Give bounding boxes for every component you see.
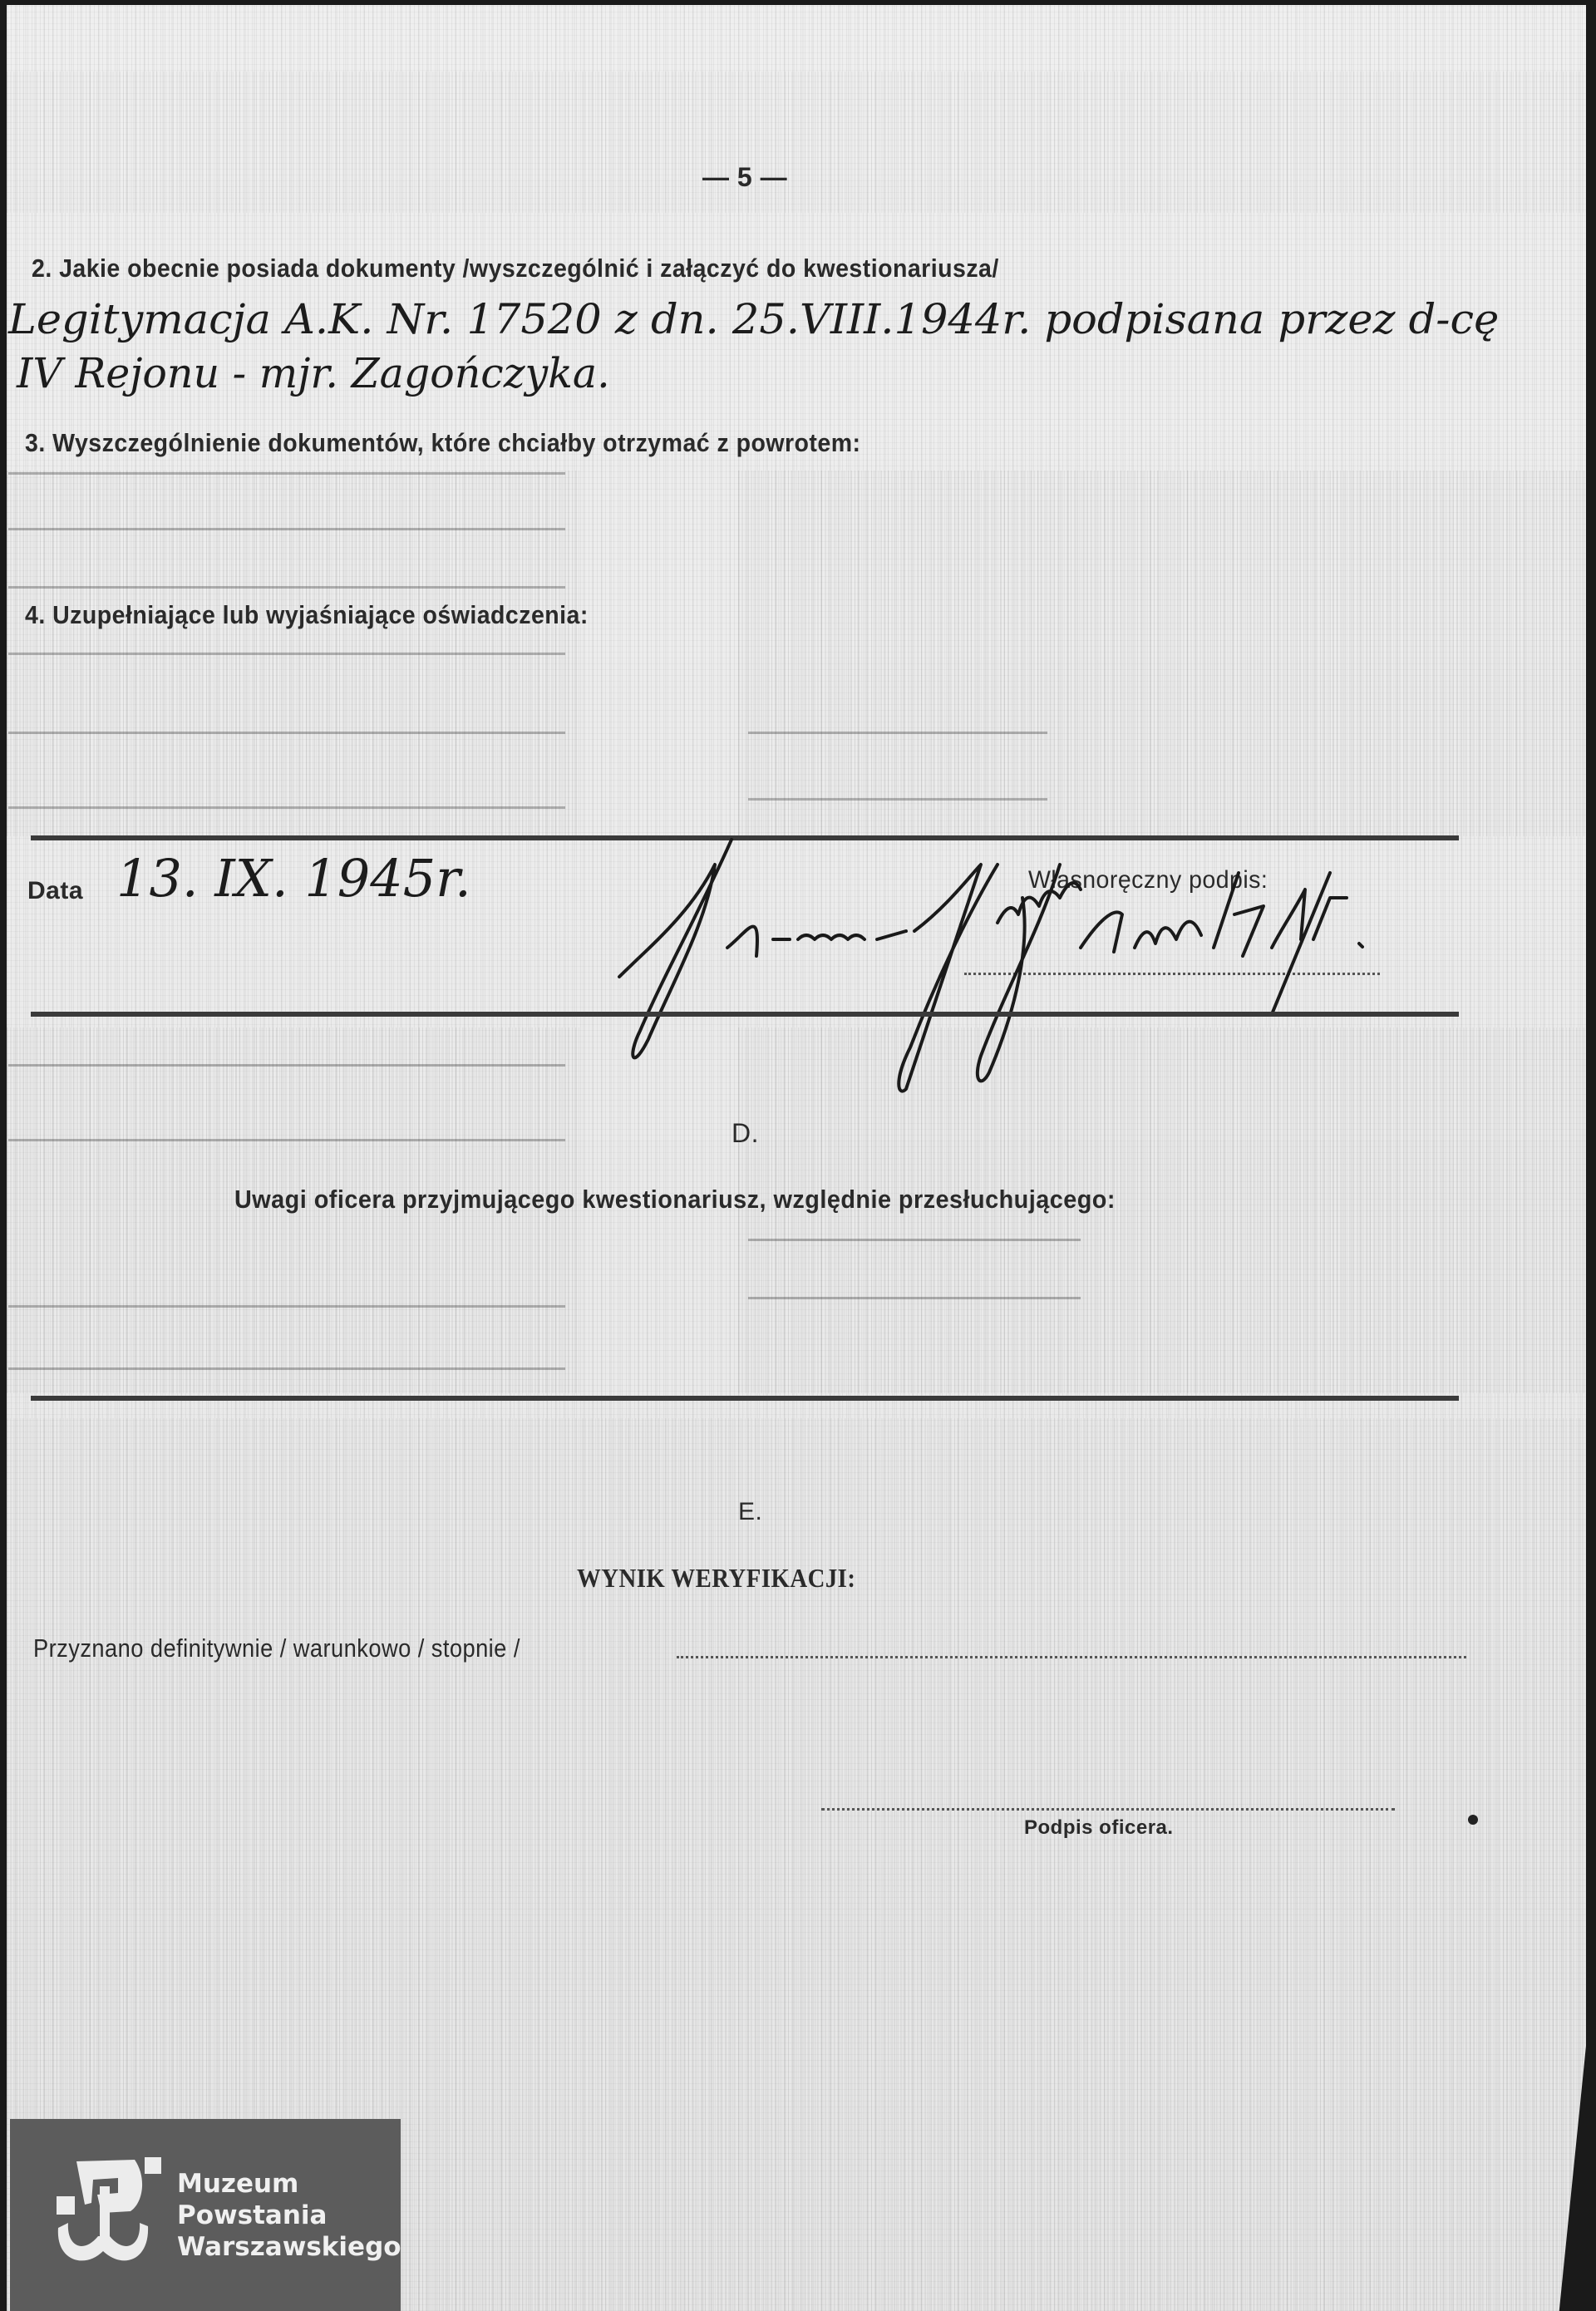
blank-answer-line xyxy=(748,798,1047,801)
question-4-label: 4. Uzupełniające lub wyjaśniające oświad… xyxy=(25,600,589,630)
verification-result-title: WYNIK WERYFIKACJI: xyxy=(577,1563,855,1594)
question-2-answer-line-1: Legitymacja A.K. Nr. 17520 z dn. 25.VIII… xyxy=(8,295,1499,343)
rank-granted-line xyxy=(677,1656,1466,1658)
blank-answer-line xyxy=(8,732,565,734)
section-d-heading: D. xyxy=(731,1118,759,1149)
rank-granted-label: Przyznano definitywnie / warunkowo / sto… xyxy=(33,1633,520,1663)
museum-name-line-3: Warszawskiego xyxy=(177,2231,401,2263)
blank-answer-line xyxy=(8,1305,565,1308)
page-number: — 5 — xyxy=(702,162,787,193)
officer-signature-label: Podpis oficera. xyxy=(1024,1816,1174,1840)
blank-answer-line xyxy=(8,806,565,809)
museum-name: Muzeum Powstania Warszawskiego xyxy=(177,2168,401,2263)
section-divider xyxy=(31,1396,1459,1401)
ink-dot xyxy=(1468,1815,1478,1825)
blank-answer-line xyxy=(8,653,565,655)
museum-name-line-2: Powstania xyxy=(177,2200,401,2231)
officer-signature-line xyxy=(821,1808,1395,1811)
blank-answer-line xyxy=(8,1064,565,1067)
officer-remarks-label: Uwagi oficera przyjmującego kwestionariu… xyxy=(234,1185,1116,1215)
museum-name-line-1: Muzeum xyxy=(177,2168,401,2200)
blank-answer-line xyxy=(8,528,565,530)
scan-noise xyxy=(7,71,1586,213)
scan-noise xyxy=(738,471,1586,836)
blank-answer-line xyxy=(8,1367,565,1370)
handwritten-signature xyxy=(582,823,1496,1106)
section-divider xyxy=(31,1012,1459,1017)
kotwica-anchor-icon xyxy=(52,2153,168,2269)
date-label: Data xyxy=(27,877,83,905)
question-2-label: 2. Jakie obecnie posiada dokumenty /wysz… xyxy=(32,254,999,283)
question-2-answer-line-2: IV Rejonu - mjr. Zagończyka. xyxy=(17,349,610,397)
blank-answer-line xyxy=(8,586,565,589)
blank-answer-line xyxy=(8,472,565,475)
question-3-label: 3. Wyszczególnienie dokumentów, które ch… xyxy=(25,428,860,458)
blank-answer-line xyxy=(748,1297,1081,1299)
date-value: 13. IX. 1945r. xyxy=(116,848,471,909)
blank-answer-line xyxy=(8,1139,565,1141)
blank-answer-line xyxy=(748,1239,1081,1241)
blank-answer-line xyxy=(748,732,1047,734)
section-e-heading: E. xyxy=(738,1498,762,1526)
